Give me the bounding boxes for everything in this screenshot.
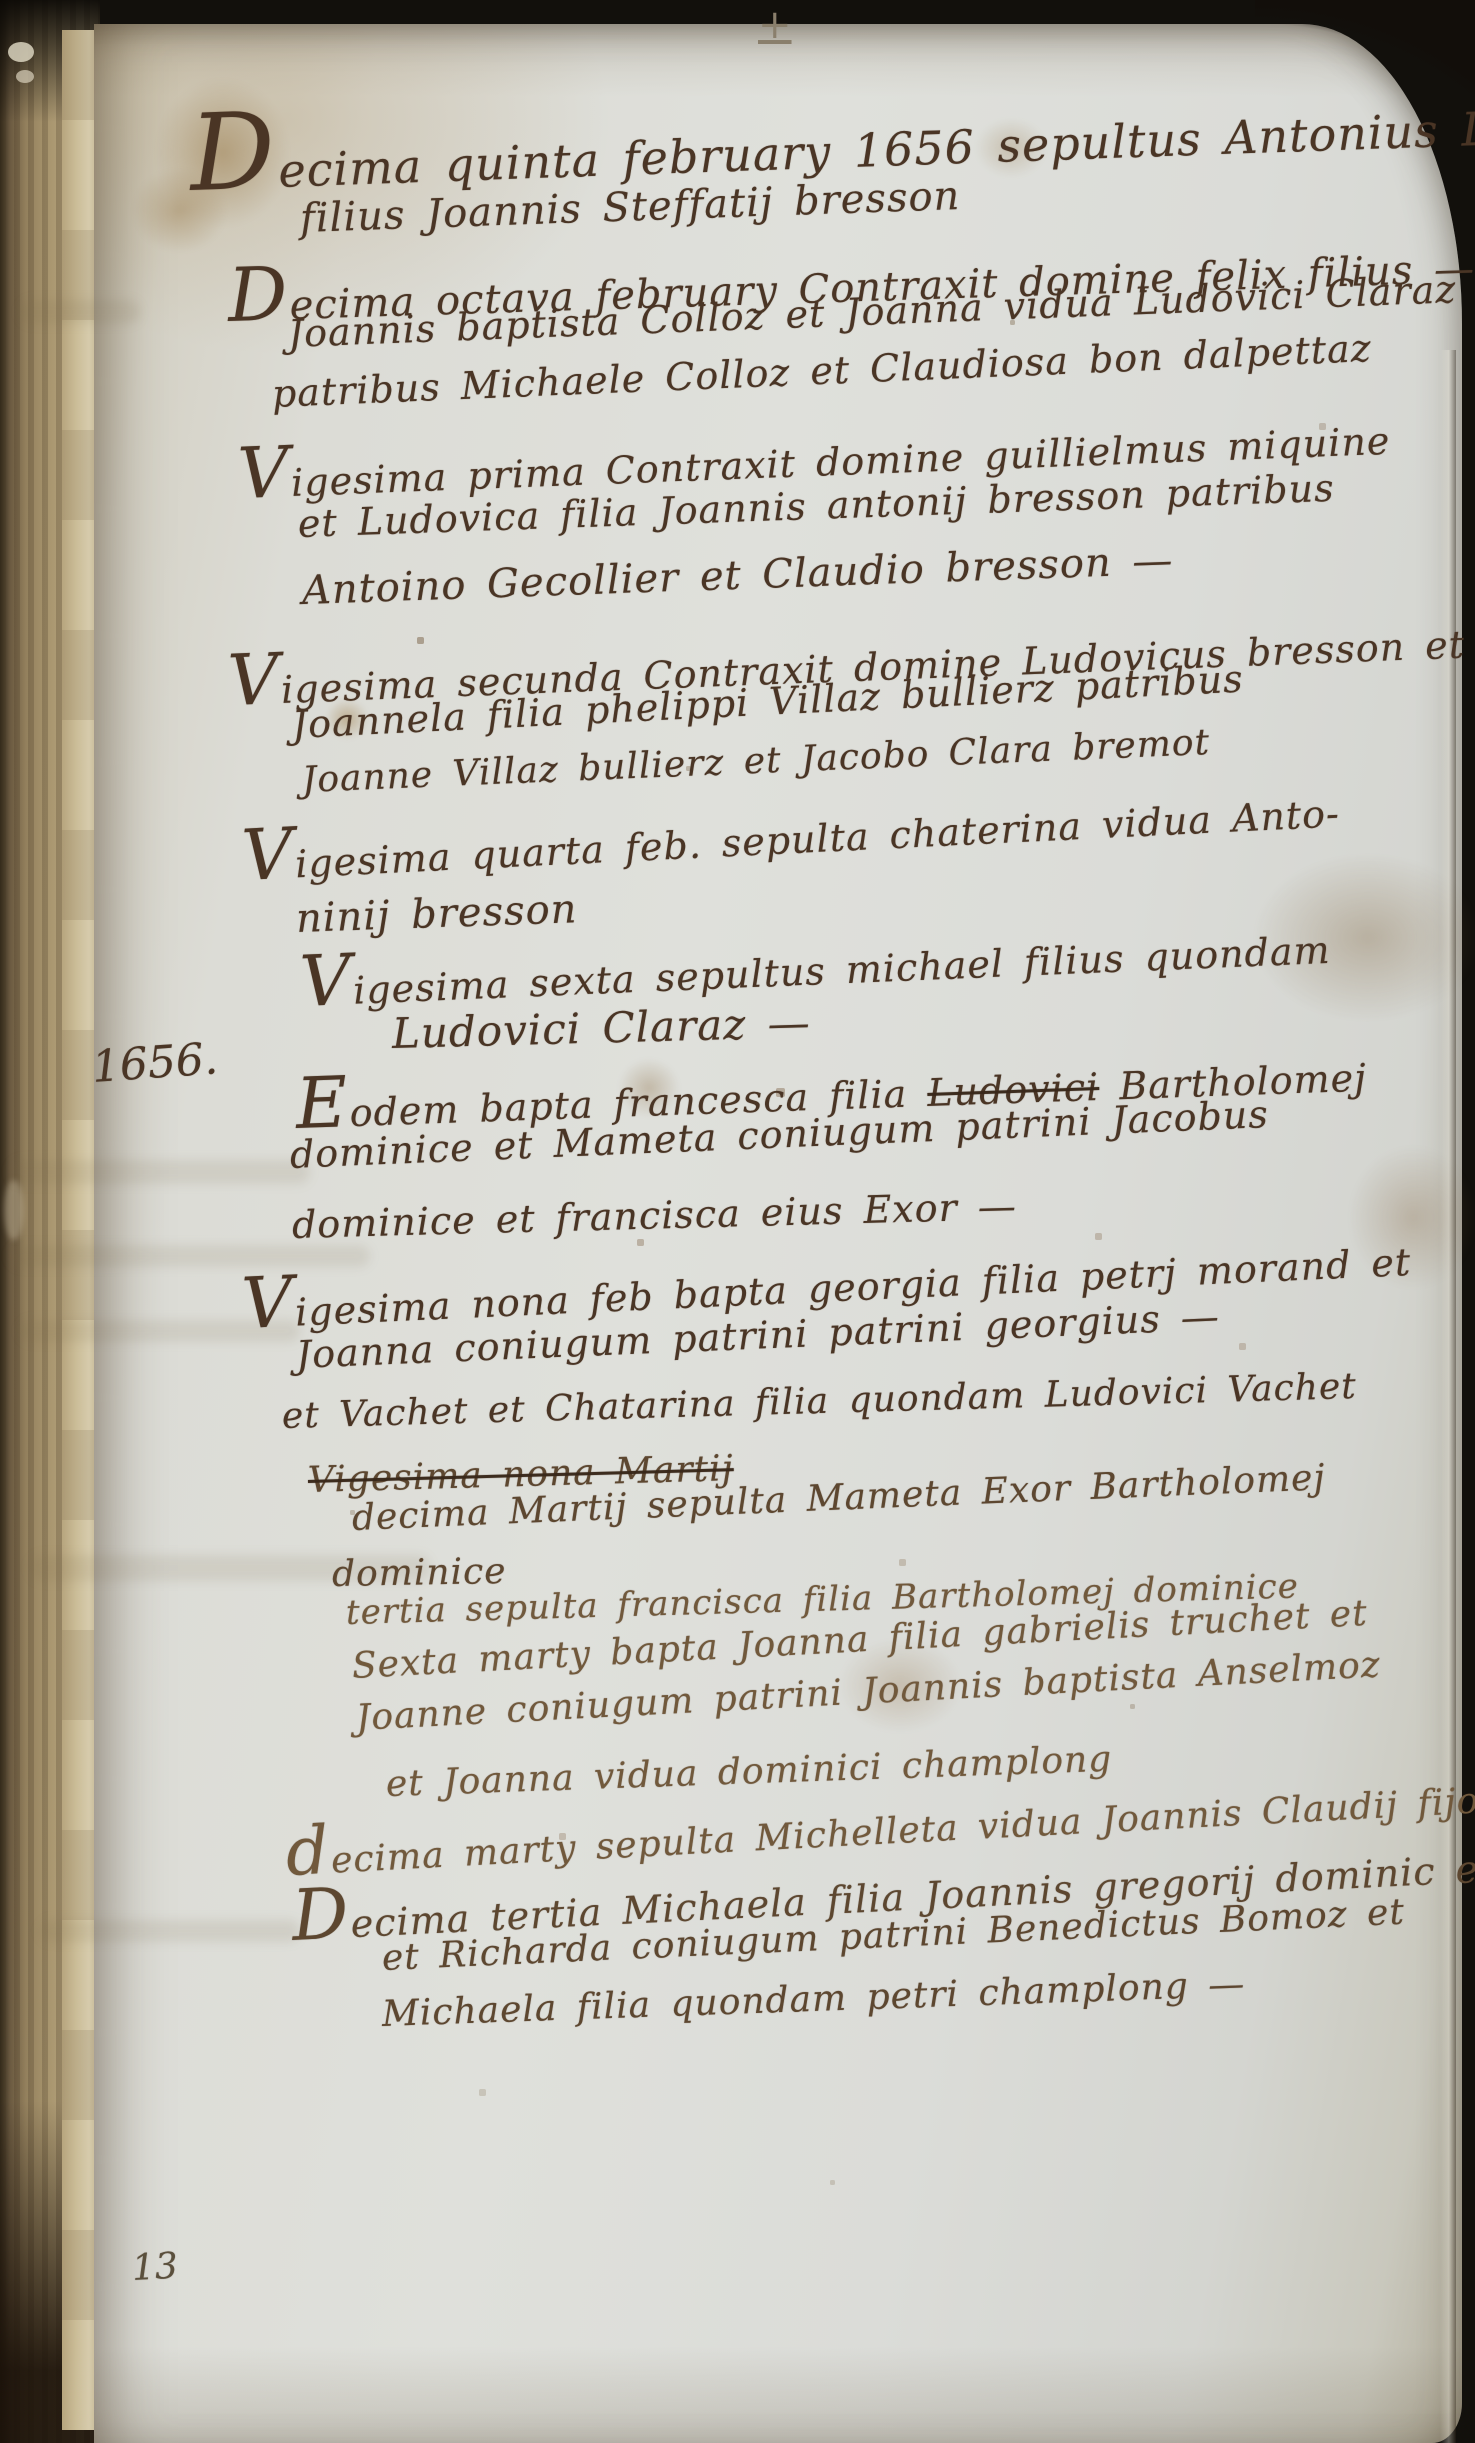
manuscript-line: Antoino Gecollier et Claudio bresson — xyxy=(301,540,1174,612)
manuscript-line-text: Vigesima quarta feb. sepulta chaterina v… xyxy=(241,791,1340,889)
cross-mark: + xyxy=(758,2,792,48)
margin-year: 1656. xyxy=(90,1033,219,1093)
manuscript-line-text: Ludovici Claraz — xyxy=(391,998,811,1058)
manuscript-line: ninij bresson xyxy=(295,888,578,940)
photo-corner-shadow xyxy=(1255,0,1475,360)
manuscript-line: Michaela filia quondam petri champlong — xyxy=(381,1966,1245,2034)
manuscript-line-text: Michaela filia quondam petri champlong — xyxy=(381,1964,1246,2035)
manuscript-line: et Vachet et Chatarina filia quondam Lud… xyxy=(281,1368,1357,1436)
manuscript-line-text: ninij bresson xyxy=(295,886,578,942)
manuscript-line-text: et Vachet et Chatarina filia quondam Lud… xyxy=(281,1366,1357,1437)
manuscript-text: Decima quinta february 1656 sepultus Ant… xyxy=(0,0,1475,2443)
manuscript-line: Ludovici Claraz — xyxy=(391,1001,811,1056)
manuscript-line-text: Vigesima sexta sepultus michael filius q… xyxy=(300,928,1332,1015)
manuscript-line-text: Antoino Gecollier et Claudio bresson — xyxy=(301,538,1174,614)
page-number: 13 xyxy=(131,2246,179,2289)
manuscript-line: dominice xyxy=(332,1553,507,1594)
